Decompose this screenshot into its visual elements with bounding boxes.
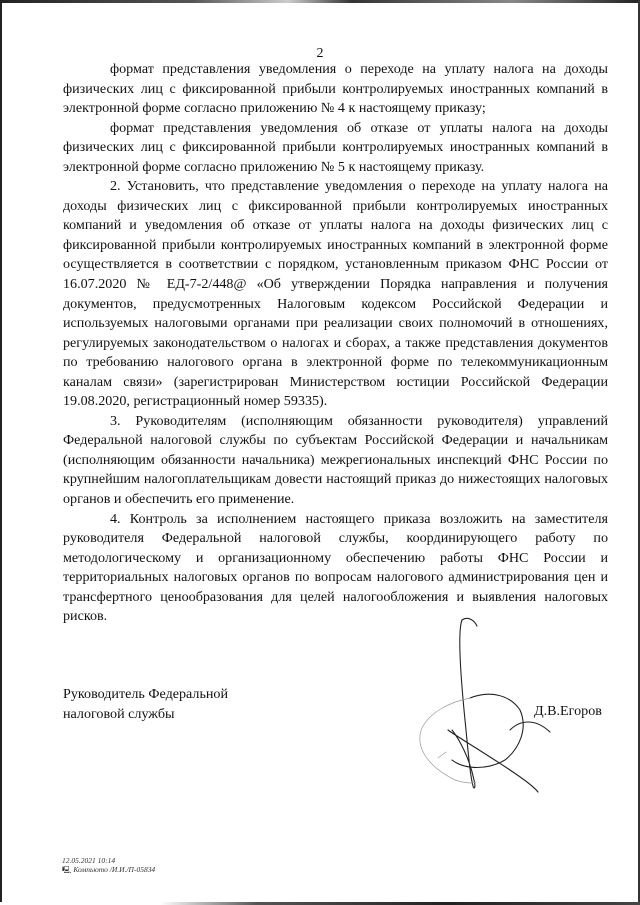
stamp-reference-line: 🖳Компьюто /И.И./П-058З4 [62,865,155,875]
scan-edge-left [0,0,2,905]
stamp-reference: Компьюто /И.И./П-058З4 [73,865,155,874]
paragraph-clause-3: 3. Руководителям (исполняющим обязанност… [63,412,608,510]
signatory-title-line-2: налоговой службы [63,705,228,725]
document-body: формат представления уведомления о перех… [63,60,608,627]
document-stamp: 12.05.2021 10:14 🖳Компьюто /И.И./П-058З4 [62,856,155,875]
signatory-name: Д.В.Егоров [534,702,602,722]
paragraph-format-appendix-5: формат представления уведомления об отка… [63,119,608,178]
signatory-title-line-1: Руководитель Федеральной [63,685,228,705]
signatory-title: Руководитель Федеральной налоговой служб… [63,685,228,724]
computer-icon: 🖳 [62,866,71,875]
paragraph-format-appendix-4: формат представления уведомления о перех… [63,60,608,119]
paragraph-clause-2: 2. Установить, что представление уведомл… [63,177,608,412]
stamp-datetime: 12.05.2021 10:14 [62,856,155,865]
scan-edge-top [0,0,640,3]
